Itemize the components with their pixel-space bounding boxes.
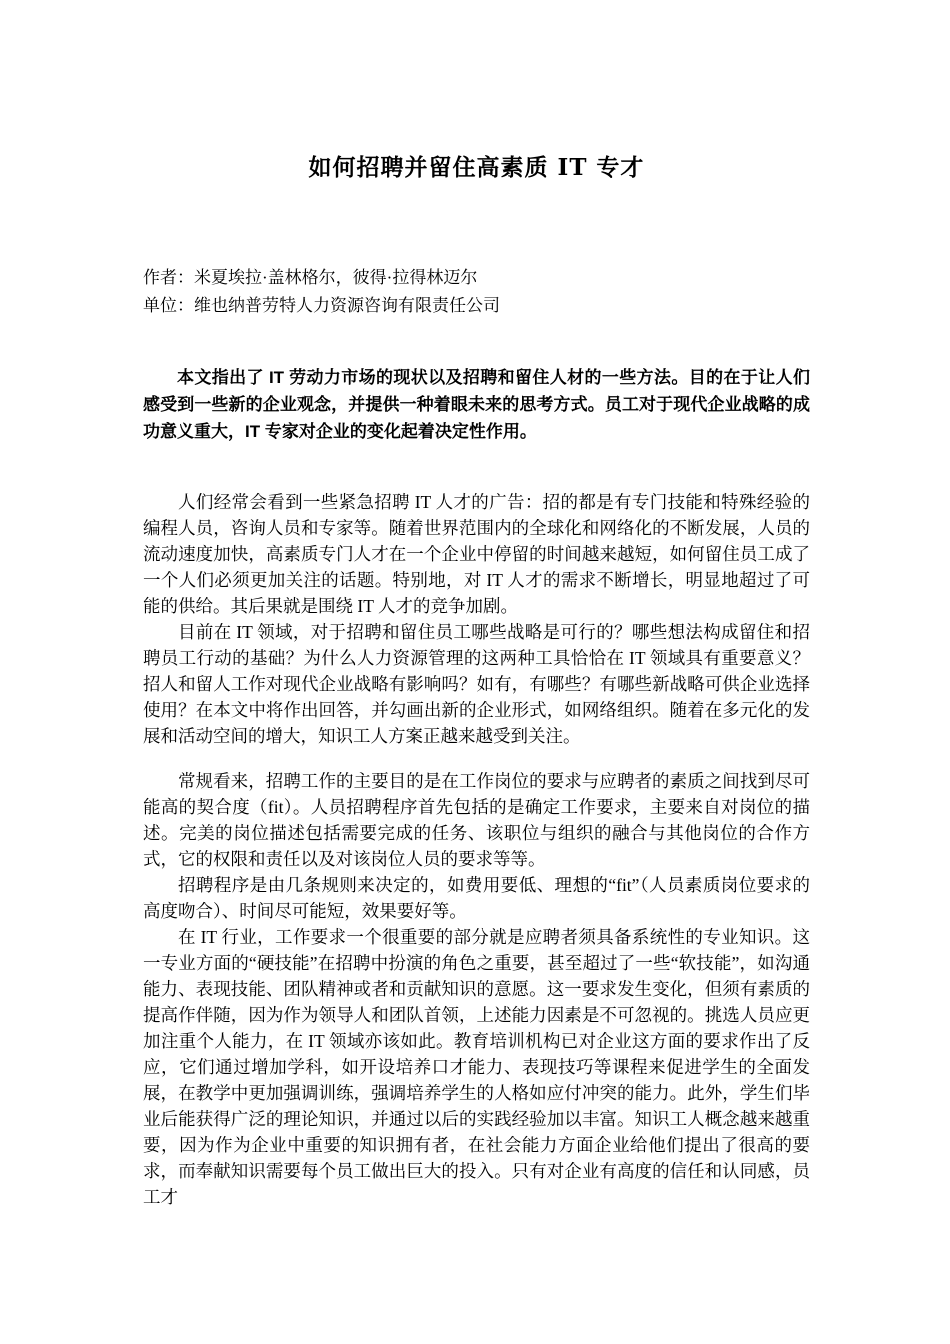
body-paragraph-4: 招聘程序是由几条规则来决定的，如费用要低、理想的“fit”（人员素质岗位要求的高… bbox=[143, 872, 810, 924]
document-page: 如何招聘并留住高素质 IT 专才 作者：米夏埃拉·盖林格尔，彼得·拉得林迈尔 单… bbox=[0, 0, 950, 1344]
document-meta: 作者：米夏埃拉·盖林格尔，彼得·拉得林迈尔 单位：维也纳普劳特人力资源咨询有限责… bbox=[143, 264, 810, 320]
document-title: 如何招聘并留住高素质 IT 专才 bbox=[143, 150, 810, 186]
author-line: 作者：米夏埃拉·盖林格尔，彼得·拉得林迈尔 bbox=[143, 264, 810, 292]
affiliation-line: 单位：维也纳普劳特人力资源咨询有限责任公司 bbox=[143, 292, 810, 320]
body-paragraph-3: 常规看来，招聘工作的主要目的是在工作岗位的要求与应聘者的素质之间找到尽可能高的契… bbox=[143, 768, 810, 872]
body-paragraph-1: 人们经常会看到一些紧急招聘 IT 人才的广告：招的都是有专门技能和特殊经验的编程… bbox=[143, 489, 810, 619]
body-paragraph-5: 在 IT 行业，工作要求一个很重要的部分就是应聘者须具备系统性的专业知识。这一专… bbox=[143, 924, 810, 1210]
body-paragraph-2: 目前在 IT 领域，对于招聘和留住员工哪些战略是可行的？哪些想法构成留住和招聘员… bbox=[143, 619, 810, 749]
abstract-paragraph: 本文指出了 IT 劳动力市场的现状以及招聘和留住人材的一些方法。目的在于让人们感… bbox=[143, 364, 810, 445]
